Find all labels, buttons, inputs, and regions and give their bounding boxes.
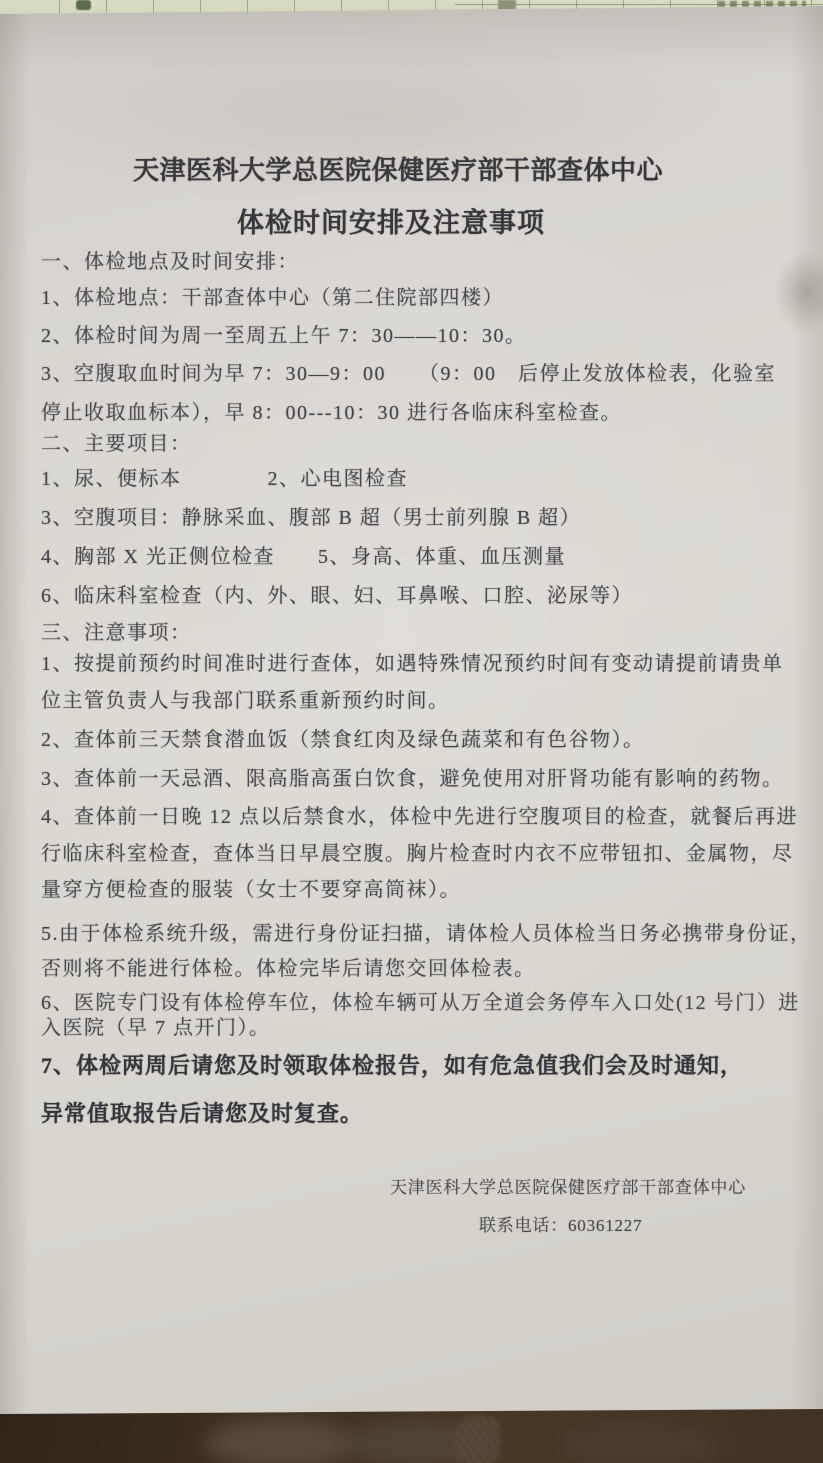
- doc-line: 2、体检时间为周一至周五上午 7：30——10：30。: [41, 323, 527, 349]
- doc-line: 行临床科室检查，查体当日早晨空腹。胸片检查时内衣不应带钮扣、金属物，尽: [41, 841, 794, 867]
- doc-line: 3、空腹取血时间为早 7：30—9：00 （9：00 后停止发放体检表，化验室: [41, 361, 776, 387]
- doc-line: 二、主要项目：: [41, 431, 192, 457]
- doc-title: 天津医科大学总医院保健医疗部干部查体中心: [133, 150, 663, 187]
- doc-line: 入医院（早 7 点开门）。: [41, 1015, 271, 1041]
- paper-document: 天津医科大学总医院保健医疗部干部查体中心 体检时间安排及注意事项 一、体检地点及…: [0, 0, 823, 1463]
- doc-line: 停止收取血标本），早 8：00---10：30 进行各临床科室检查。: [41, 400, 622, 426]
- doc-line: 5.由于体检系统升级，需进行身份证扫描，请体检人员体检当日务必携带身份证，: [41, 921, 812, 947]
- doc-line: 一、体检地点及时间安排：: [41, 249, 299, 275]
- desk-textured-object: [455, 1415, 501, 1463]
- doc-line-bold: 异常值取报告后请您及时复查。: [41, 1101, 363, 1127]
- doc-line: 4、胸部 X 光正侧位检查 5、身高、体重、血压测量: [41, 544, 566, 570]
- doc-line: 量穿方便检查的服装（女士不要穿高筒袜）。: [41, 877, 461, 903]
- doc-line: 3、查体前一天忌酒、限高脂高蛋白饮食，避免使用对肝肾功能有影响的药物。: [41, 766, 784, 792]
- form-fine-print: [718, 1, 806, 7]
- doc-line-bold: 7、体检两周后请您及时领取体检报告，如有危急值我们会及时通知，: [41, 1053, 743, 1079]
- desk-highlight: [560, 1425, 720, 1463]
- doc-line: 3、空腹项目：静脉采血、腹部 B 超（男士前列腺 B 超）: [41, 505, 581, 531]
- form-stamp-mark: [76, 0, 91, 10]
- doc-subtitle: 体检时间安排及注意事项: [237, 201, 545, 240]
- doc-line: 1、尿、便标本 2、心电图检查: [41, 466, 408, 492]
- doc-line: 1、按提前预约时间准时进行查体，如遇特殊情况预约时间有变动请提前请贵单: [41, 651, 784, 677]
- doc-footer-org: 天津医科大学总医院保健医疗部干部查体中心: [390, 1173, 746, 1198]
- doc-footer-phone: 联系电话：60361227: [479, 1211, 642, 1236]
- doc-line: 6、临床科室检查（内、外、眼、妇、耳鼻喉、口腔、泌尿等）: [41, 583, 633, 609]
- doc-line: 否则将不能进行体检。体检完毕后请您交回体检表。: [41, 956, 536, 982]
- doc-line: 6、医院专门设有体检停车位，体检车辆可从万全道会务停车入口处(12 号门）进: [41, 990, 800, 1016]
- doc-line: 三、注意事项：: [41, 620, 192, 646]
- doc-line: 位主管负责人与我部门联系重新预约时间。: [41, 688, 450, 714]
- desk-highlight: [205, 1418, 355, 1463]
- doc-line: 2、查体前三天禁食潜血饭（禁食红肉及绿色蔬菜和有色谷物）。: [41, 727, 645, 753]
- doc-line: 1、体检地点：干部查体中心（第二住院部四楼）: [41, 285, 504, 311]
- doc-line: 4、查体前一日晚 12 点以后禁食水，体检中先进行空腹项目的检查，就餐后再进: [41, 804, 798, 830]
- photo-of-document: 天津医科大学总医院保健医疗部干部查体中心 体检时间安排及注意事项 一、体检地点及…: [0, 0, 823, 1463]
